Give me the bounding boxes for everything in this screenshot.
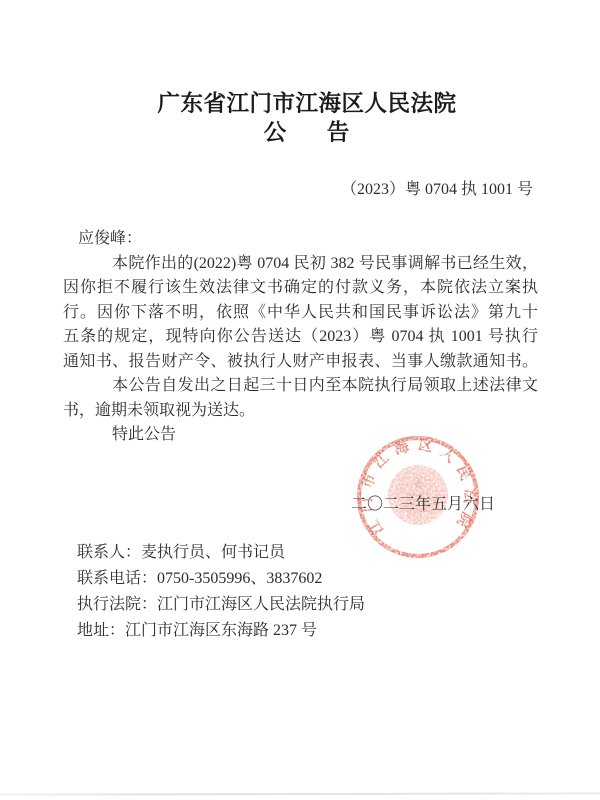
- contact-phone: 联系电话：0750-3505996、3837602: [77, 566, 365, 592]
- issue-date: 二〇二三年五月六日: [351, 496, 495, 513]
- notice-document-page: 广东省江门市江海区人民法院 公 告 （2023）粤 0704 执 1001 号 …: [0, 0, 600, 800]
- case-number: （2023）粤 0704 执 1001 号: [341, 181, 533, 199]
- body-line: 书，逾期未领取视为送达。: [63, 399, 538, 424]
- executing-court: 执行法院：江门市江海区人民法院执行局: [77, 592, 365, 618]
- court-name-title: 广东省江门市江海区人民法院: [0, 90, 600, 118]
- body-line: 本院作出的(2022)粤 0704 民初 382 号民事调解书已经生效，: [63, 252, 538, 277]
- body-line: 行。因你下落不明，依照《中华人民共和国民事诉讼法》第九十: [63, 301, 538, 326]
- notice-body: 应俊峰： 本院作出的(2022)粤 0704 民初 382 号民事调解书已经生效…: [63, 227, 538, 448]
- scan-edge-line: [0, 792, 600, 795]
- body-line: 本公告自发出之日起三十日内至本院执行局领取上述法律文: [63, 374, 538, 399]
- contact-person: 联系人：麦执行员、何书记员: [77, 540, 365, 566]
- body-line: 因你拒不履行该生效法律文书确定的付款义务，本院依法立案执: [63, 276, 538, 301]
- body-line: 五条的规定，现特向你公告送达（2023）粤 0704 执 1001 号执行: [63, 325, 538, 350]
- court-address: 地址：江门市江海区东海路 237 号: [77, 618, 365, 644]
- addressee-line: 应俊峰：: [78, 227, 538, 252]
- seal-national-emblem-icon: [388, 465, 448, 525]
- body-line: 通知书、报告财产令、被执行人财产申报表、当事人缴款通知书。: [63, 350, 538, 375]
- contact-block: 联系人：麦执行员、何书记员 联系电话：0750-3505996、3837602 …: [77, 540, 365, 644]
- notice-title: 公 告: [0, 119, 600, 147]
